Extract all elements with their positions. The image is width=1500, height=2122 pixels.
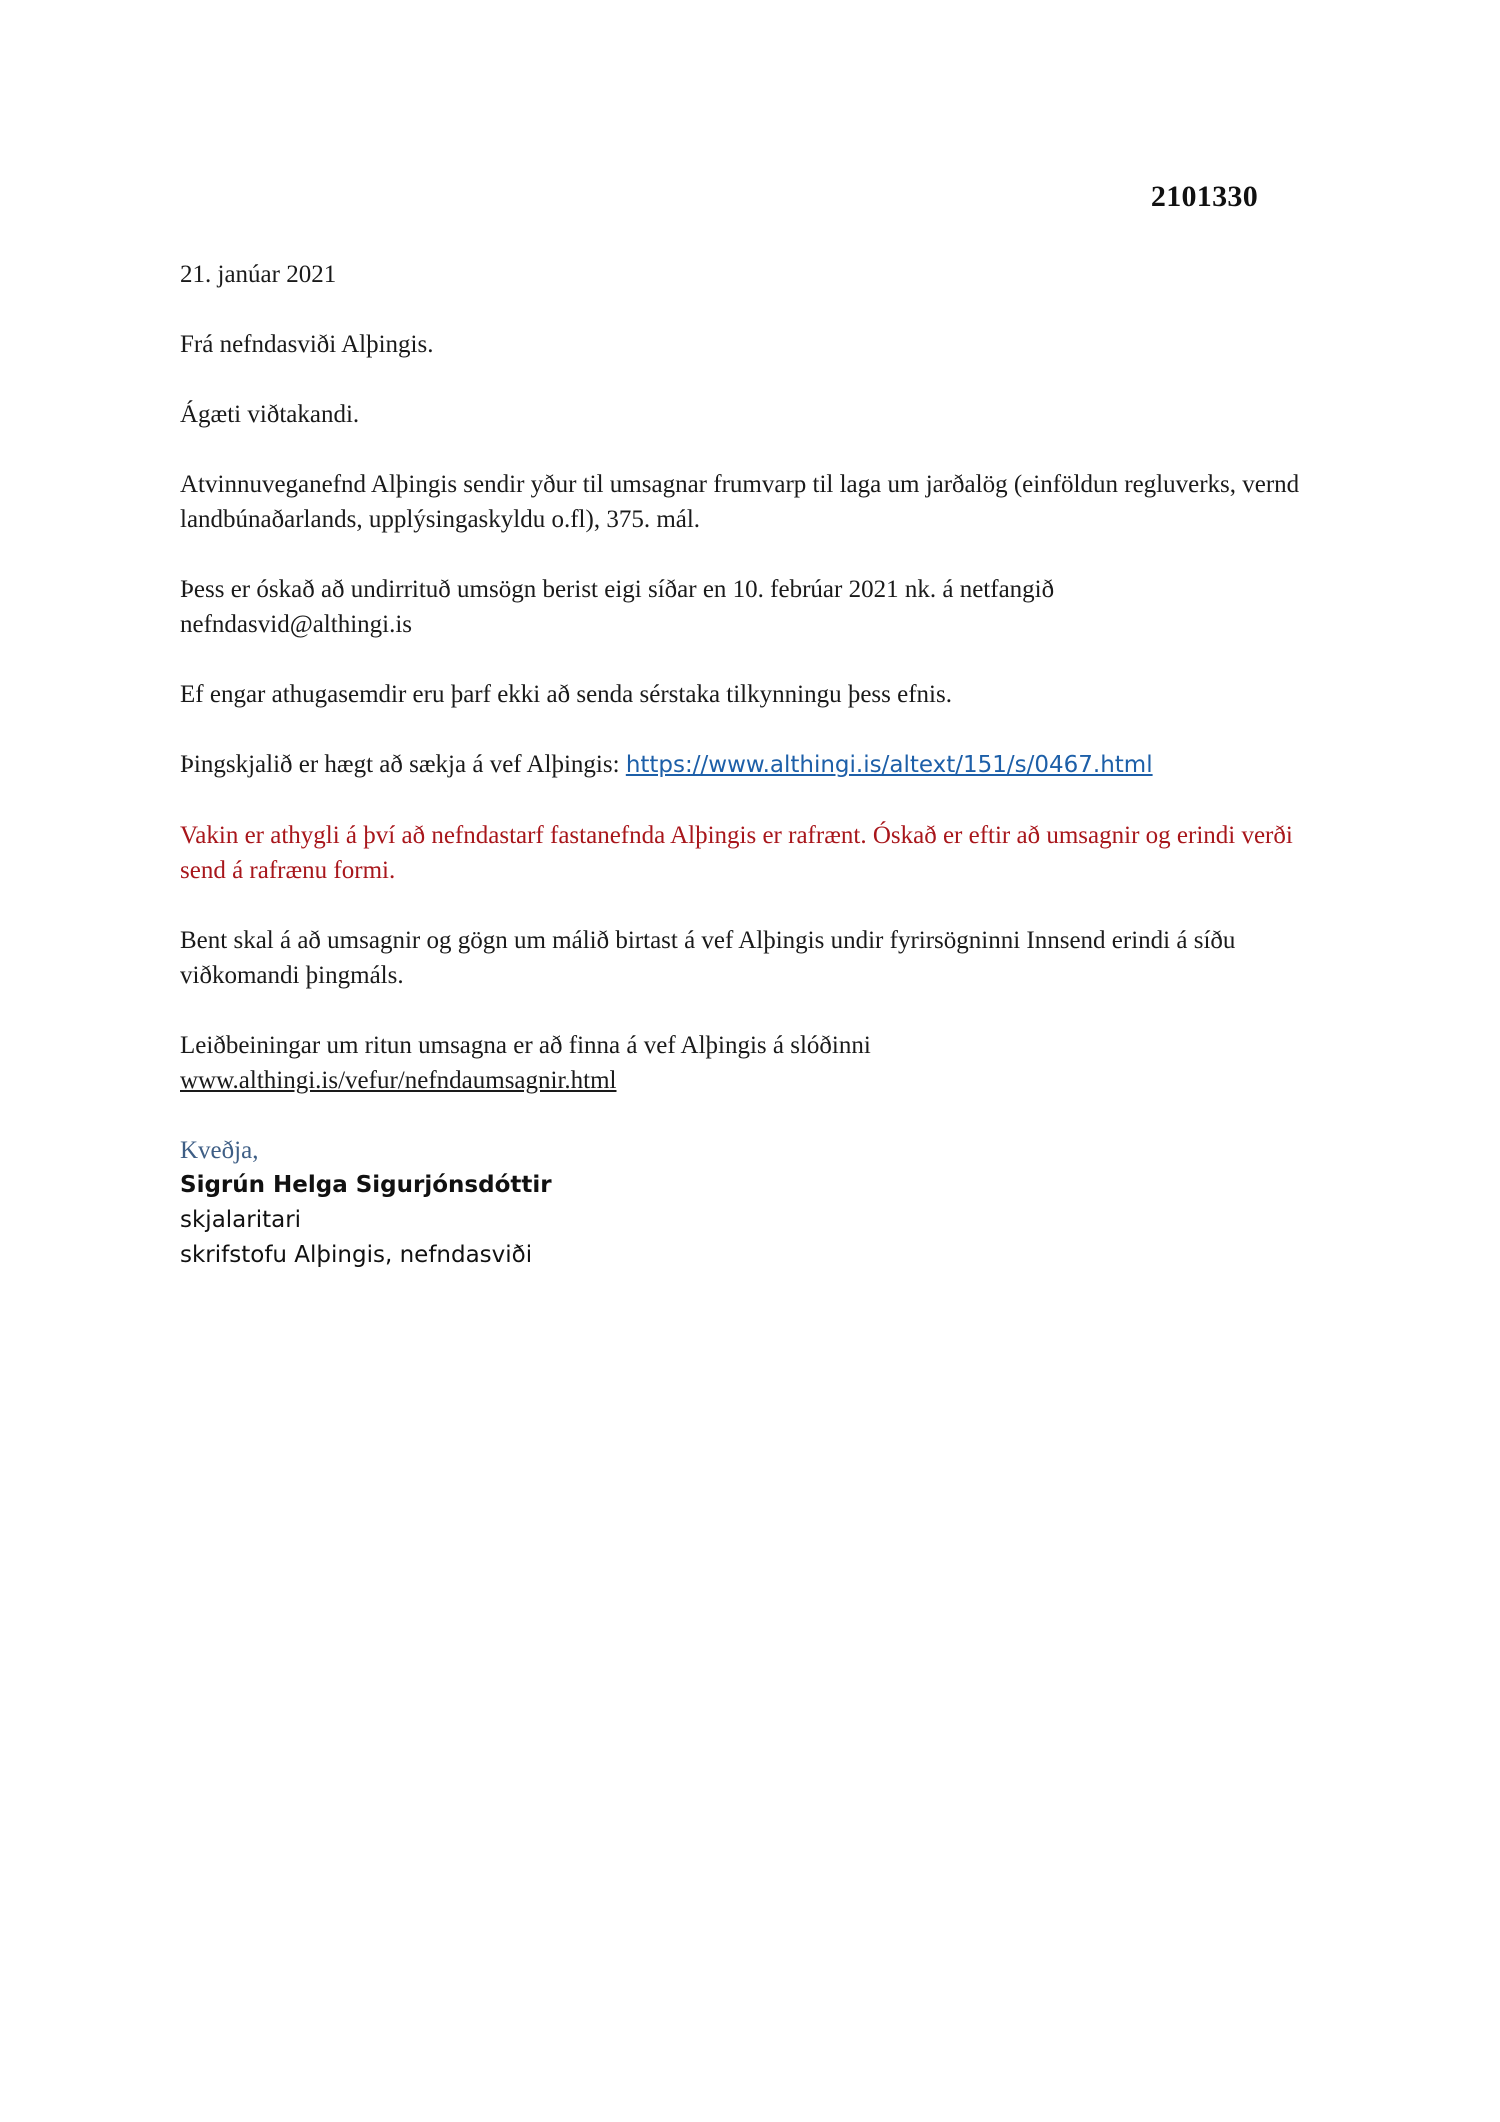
publication-paragraph: Bent skal á að umsagnir og gögn um málið… xyxy=(180,923,1340,993)
deadline-text: Þess er óskað að undirrituð umsögn beris… xyxy=(180,576,1054,603)
letter-salutation: Ágæti viðtakandi. xyxy=(180,397,1340,432)
signatory-title: skjalaritari xyxy=(180,1203,1340,1238)
signatory-name: Sigrún Helga Sigurjónsdóttir xyxy=(180,1168,1340,1203)
deadline-paragraph: Þess er óskað að undirrituð umsögn beris… xyxy=(180,572,1340,642)
letter-page: 2101330 21. janúar 2021 Frá nefndasviði … xyxy=(0,0,1500,2122)
letter-date: 21. janúar 2021 xyxy=(180,257,1340,292)
intro-paragraph: Atvinnuveganefnd Alþingis sendir yður ti… xyxy=(180,467,1340,537)
guidelines-text: Leiðbeiningar um ritun umsagna er að fin… xyxy=(180,1032,871,1059)
document-number: 2101330 xyxy=(1151,180,1258,214)
document-link-label: Þingskjalið er hægt að sækja á vef Alþin… xyxy=(180,751,626,778)
electronic-notice-paragraph: Vakin er athygli á því að nefndastarf fa… xyxy=(180,818,1340,888)
guidelines-link[interactable]: www.althingi.is/vefur/nefndaumsagnir.htm… xyxy=(180,1067,617,1094)
document-link-paragraph: Þingskjalið er hægt að sækja á vef Alþin… xyxy=(180,747,1340,783)
guidelines-paragraph: Leiðbeiningar um ritun umsagna er að fin… xyxy=(180,1028,1340,1098)
letter-body: 21. janúar 2021 Frá nefndasviði Alþingis… xyxy=(180,257,1340,1273)
document-link[interactable]: https://www.althingi.is/altext/151/s/046… xyxy=(626,752,1153,778)
letter-sender: Frá nefndasviði Alþingis. xyxy=(180,327,1340,362)
signatory-department: skrifstofu Alþingis, nefndasviði xyxy=(180,1238,1340,1273)
no-comments-paragraph: Ef engar athugasemdir eru þarf ekki að s… xyxy=(180,677,1340,712)
deadline-email[interactable]: nefndasvid@althingi.is xyxy=(180,611,412,638)
closing-greeting: Kveðja, xyxy=(180,1133,1340,1168)
